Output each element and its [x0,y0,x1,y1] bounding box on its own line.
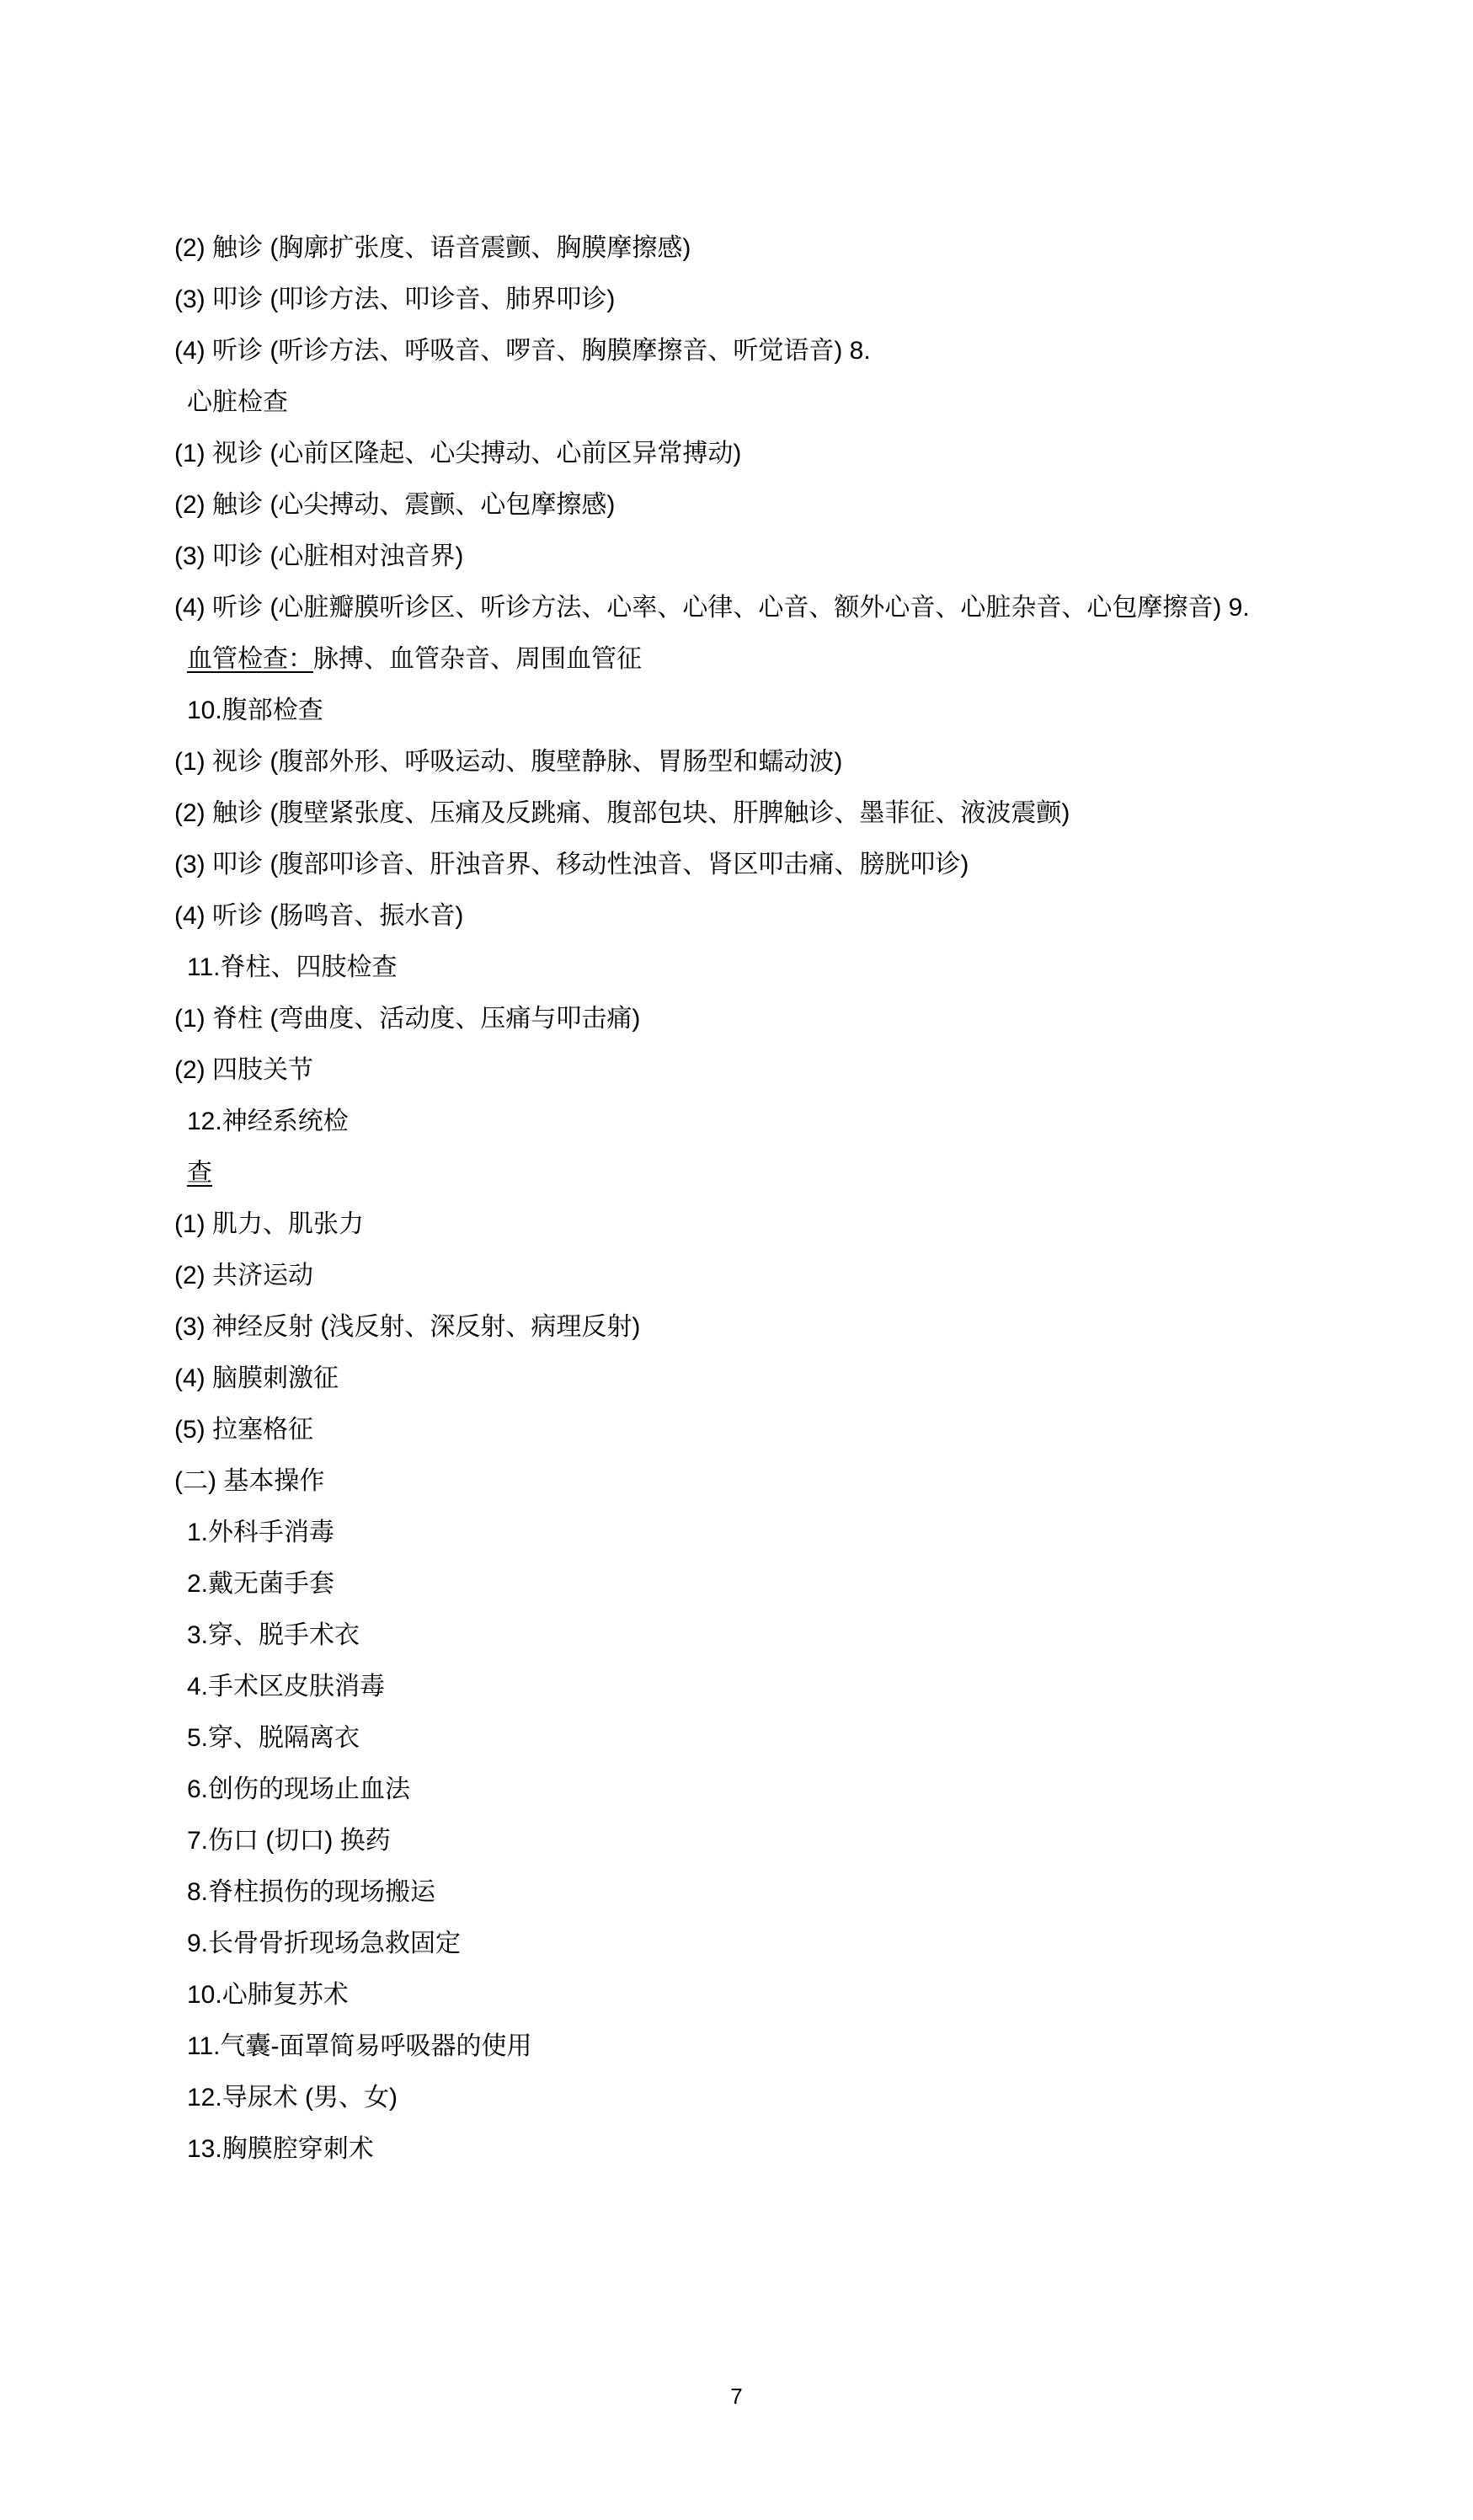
document-line: 7.伤口 (切口) 换药 [174,1815,1422,1866]
document-line: (3) 叩诊 (腹部叩诊音、肝浊音界、移动性浊音、肾区叩击痛、膀胱叩诊) [174,839,1422,890]
line-text: 11.气囊-面罩简易呼吸器的使用 [187,2032,531,2060]
line-text: (1) 视诊 (腹部外形、呼吸运动、腹壁静脉、胃肠型和蠕动波) [174,748,842,776]
line-text: 1.外科手消毒 [187,1519,334,1546]
document-line: 血管检查：脉搏、血管杂音、周围血管征 [174,633,1422,685]
line-text: (5) 拉塞格征 [174,1416,313,1444]
line-text: (4) 脑膜刺激征 [174,1364,339,1392]
document-line: (1) 脊柱 (弯曲度、活动度、压痛与叩击痛) [174,993,1422,1044]
document-line: 11.脊柱、四肢检查 [174,942,1422,993]
document-line: (4) 脑膜刺激征 [174,1353,1422,1404]
line-text: 5.穿、脱隔离衣 [187,1724,360,1752]
document-line: (3) 叩诊 (心脏相对浊音界) [174,531,1422,582]
line-text: 脉搏、血管杂音、周围血管征 [313,645,642,673]
line-text: (3) 叩诊 (叩诊方法、叩诊音、肺界叩诊) [174,286,615,313]
document-line: (4) 听诊 (心脏瓣膜听诊区、听诊方法、心率、心律、心音、额外心音、心脏杂音、… [174,582,1422,633]
document-line: (2) 触诊 (胸廓扩张度、语音震颤、胸膜摩擦感) [174,222,1422,274]
document-line: (1) 视诊 (心前区隆起、心尖搏动、心前区异常搏动) [174,428,1422,479]
line-text: 8.脊柱损伤的现场搬运 [187,1878,435,1906]
line-text: (2) 触诊 (胸廓扩张度、语音震颤、胸膜摩擦感) [174,234,691,262]
line-text: 3.穿、脱手术衣 [187,1621,360,1649]
underlined-text: 查 [187,1159,212,1187]
document-line: (1) 肌力、肌张力 [174,1199,1422,1250]
line-text: 心脏检查 [187,388,288,416]
line-text: (3) 叩诊 (心脏相对浊音界) [174,542,463,570]
line-text: (1) 视诊 (心前区隆起、心尖搏动、心前区异常搏动) [174,440,741,467]
document-body: (2) 触诊 (胸廓扩张度、语音震颤、胸膜摩擦感)(3) 叩诊 (叩诊方法、叩诊… [174,222,1422,2175]
document-line: (2) 触诊 (心尖搏动、震颤、心包摩擦感) [174,479,1422,531]
document-line: 13.胸膜腔穿刺术 [174,2123,1422,2175]
document-line: (二) 基本操作 [174,1455,1422,1507]
document-line: (2) 触诊 (腹壁紧张度、压痛及反跳痛、腹部包块、肝脾触诊、墨菲征、液波震颤) [174,787,1422,839]
line-text: 10.心肺复苏术 [187,1981,349,2009]
document-line: 10.腹部检查 [174,685,1422,736]
document-line: 12.神经系统检 [174,1096,1422,1147]
document-line: (2) 四肢关节 [174,1044,1422,1096]
line-text: (4) 听诊 (心脏瓣膜听诊区、听诊方法、心率、心律、心音、额外心音、心脏杂音、… [174,594,1250,622]
line-text: (2) 四肢关节 [174,1056,313,1084]
document-line: (4) 听诊 (听诊方法、呼吸音、啰音、胸膜摩擦音、听觉语音) 8. [174,325,1422,376]
document-line: 查 [174,1147,1422,1199]
underlined-text: 血管检查： [187,645,313,673]
line-text: (1) 肌力、肌张力 [174,1210,364,1238]
document-line: 8.脊柱损伤的现场搬运 [174,1866,1422,1918]
document-line: 5.穿、脱隔离衣 [174,1712,1422,1764]
document-line: 6.创伤的现场止血法 [174,1764,1422,1815]
document-line: 3.穿、脱手术衣 [174,1610,1422,1661]
line-text: 4.手术区皮肤消毒 [187,1673,385,1700]
document-line: (2) 共济运动 [174,1250,1422,1301]
line-text: 6.创伤的现场止血法 [187,1775,410,1803]
line-text: (1) 脊柱 (弯曲度、活动度、压痛与叩击痛) [174,1005,640,1033]
line-text: 13.胸膜腔穿刺术 [187,2135,374,2163]
line-text: (2) 触诊 (心尖搏动、震颤、心包摩擦感) [174,491,615,519]
line-text: 10.腹部检查 [187,697,323,724]
line-text: 12.神经系统检 [187,1108,349,1135]
line-text: 12.导尿术 (男、女) [187,2084,398,2112]
document-line: 4.手术区皮肤消毒 [174,1661,1422,1712]
line-text: 9.长骨骨折现场急救固定 [187,1930,461,1957]
document-line: (3) 叩诊 (叩诊方法、叩诊音、肺界叩诊) [174,274,1422,325]
document-line: 1.外科手消毒 [174,1507,1422,1558]
line-text: (4) 听诊 (听诊方法、呼吸音、啰音、胸膜摩擦音、听觉语音) 8. [174,337,871,365]
line-text: (3) 叩诊 (腹部叩诊音、肝浊音界、移动性浊音、肾区叩击痛、膀胱叩诊) [174,851,969,878]
page-footer: 7 [0,2382,1473,2411]
line-text: (2) 触诊 (腹壁紧张度、压痛及反跳痛、腹部包块、肝脾触诊、墨菲征、液波震颤) [174,799,1070,827]
document-line: 11.气囊-面罩简易呼吸器的使用 [174,2021,1422,2072]
document-line: (4) 听诊 (肠鸣音、振水音) [174,890,1422,942]
document-line: 2.戴无菌手套 [174,1558,1422,1610]
line-text: 11.脊柱、四肢检查 [187,953,397,981]
line-text: (2) 共济运动 [174,1262,313,1289]
line-text: (4) 听诊 (肠鸣音、振水音) [174,902,463,930]
document-line: (3) 神经反射 (浅反射、深反射、病理反射) [174,1301,1422,1353]
line-text: (二) 基本操作 [174,1467,324,1495]
document-page: (2) 触诊 (胸廓扩张度、语音震颤、胸膜摩擦感)(3) 叩诊 (叩诊方法、叩诊… [0,0,1473,2520]
document-line: (1) 视诊 (腹部外形、呼吸运动、腹壁静脉、胃肠型和蠕动波) [174,736,1422,787]
line-text: 7.伤口 (切口) 换药 [187,1827,391,1855]
page-number: 7 [730,2384,742,2409]
line-text: 2.戴无菌手套 [187,1570,334,1598]
document-line: 10.心肺复苏术 [174,1969,1422,2021]
document-line: 12.导尿术 (男、女) [174,2072,1422,2123]
line-text: (3) 神经反射 (浅反射、深反射、病理反射) [174,1313,640,1341]
document-line: 心脏检查 [174,376,1422,428]
document-line: (5) 拉塞格征 [174,1404,1422,1455]
document-line: 9.长骨骨折现场急救固定 [174,1918,1422,1969]
